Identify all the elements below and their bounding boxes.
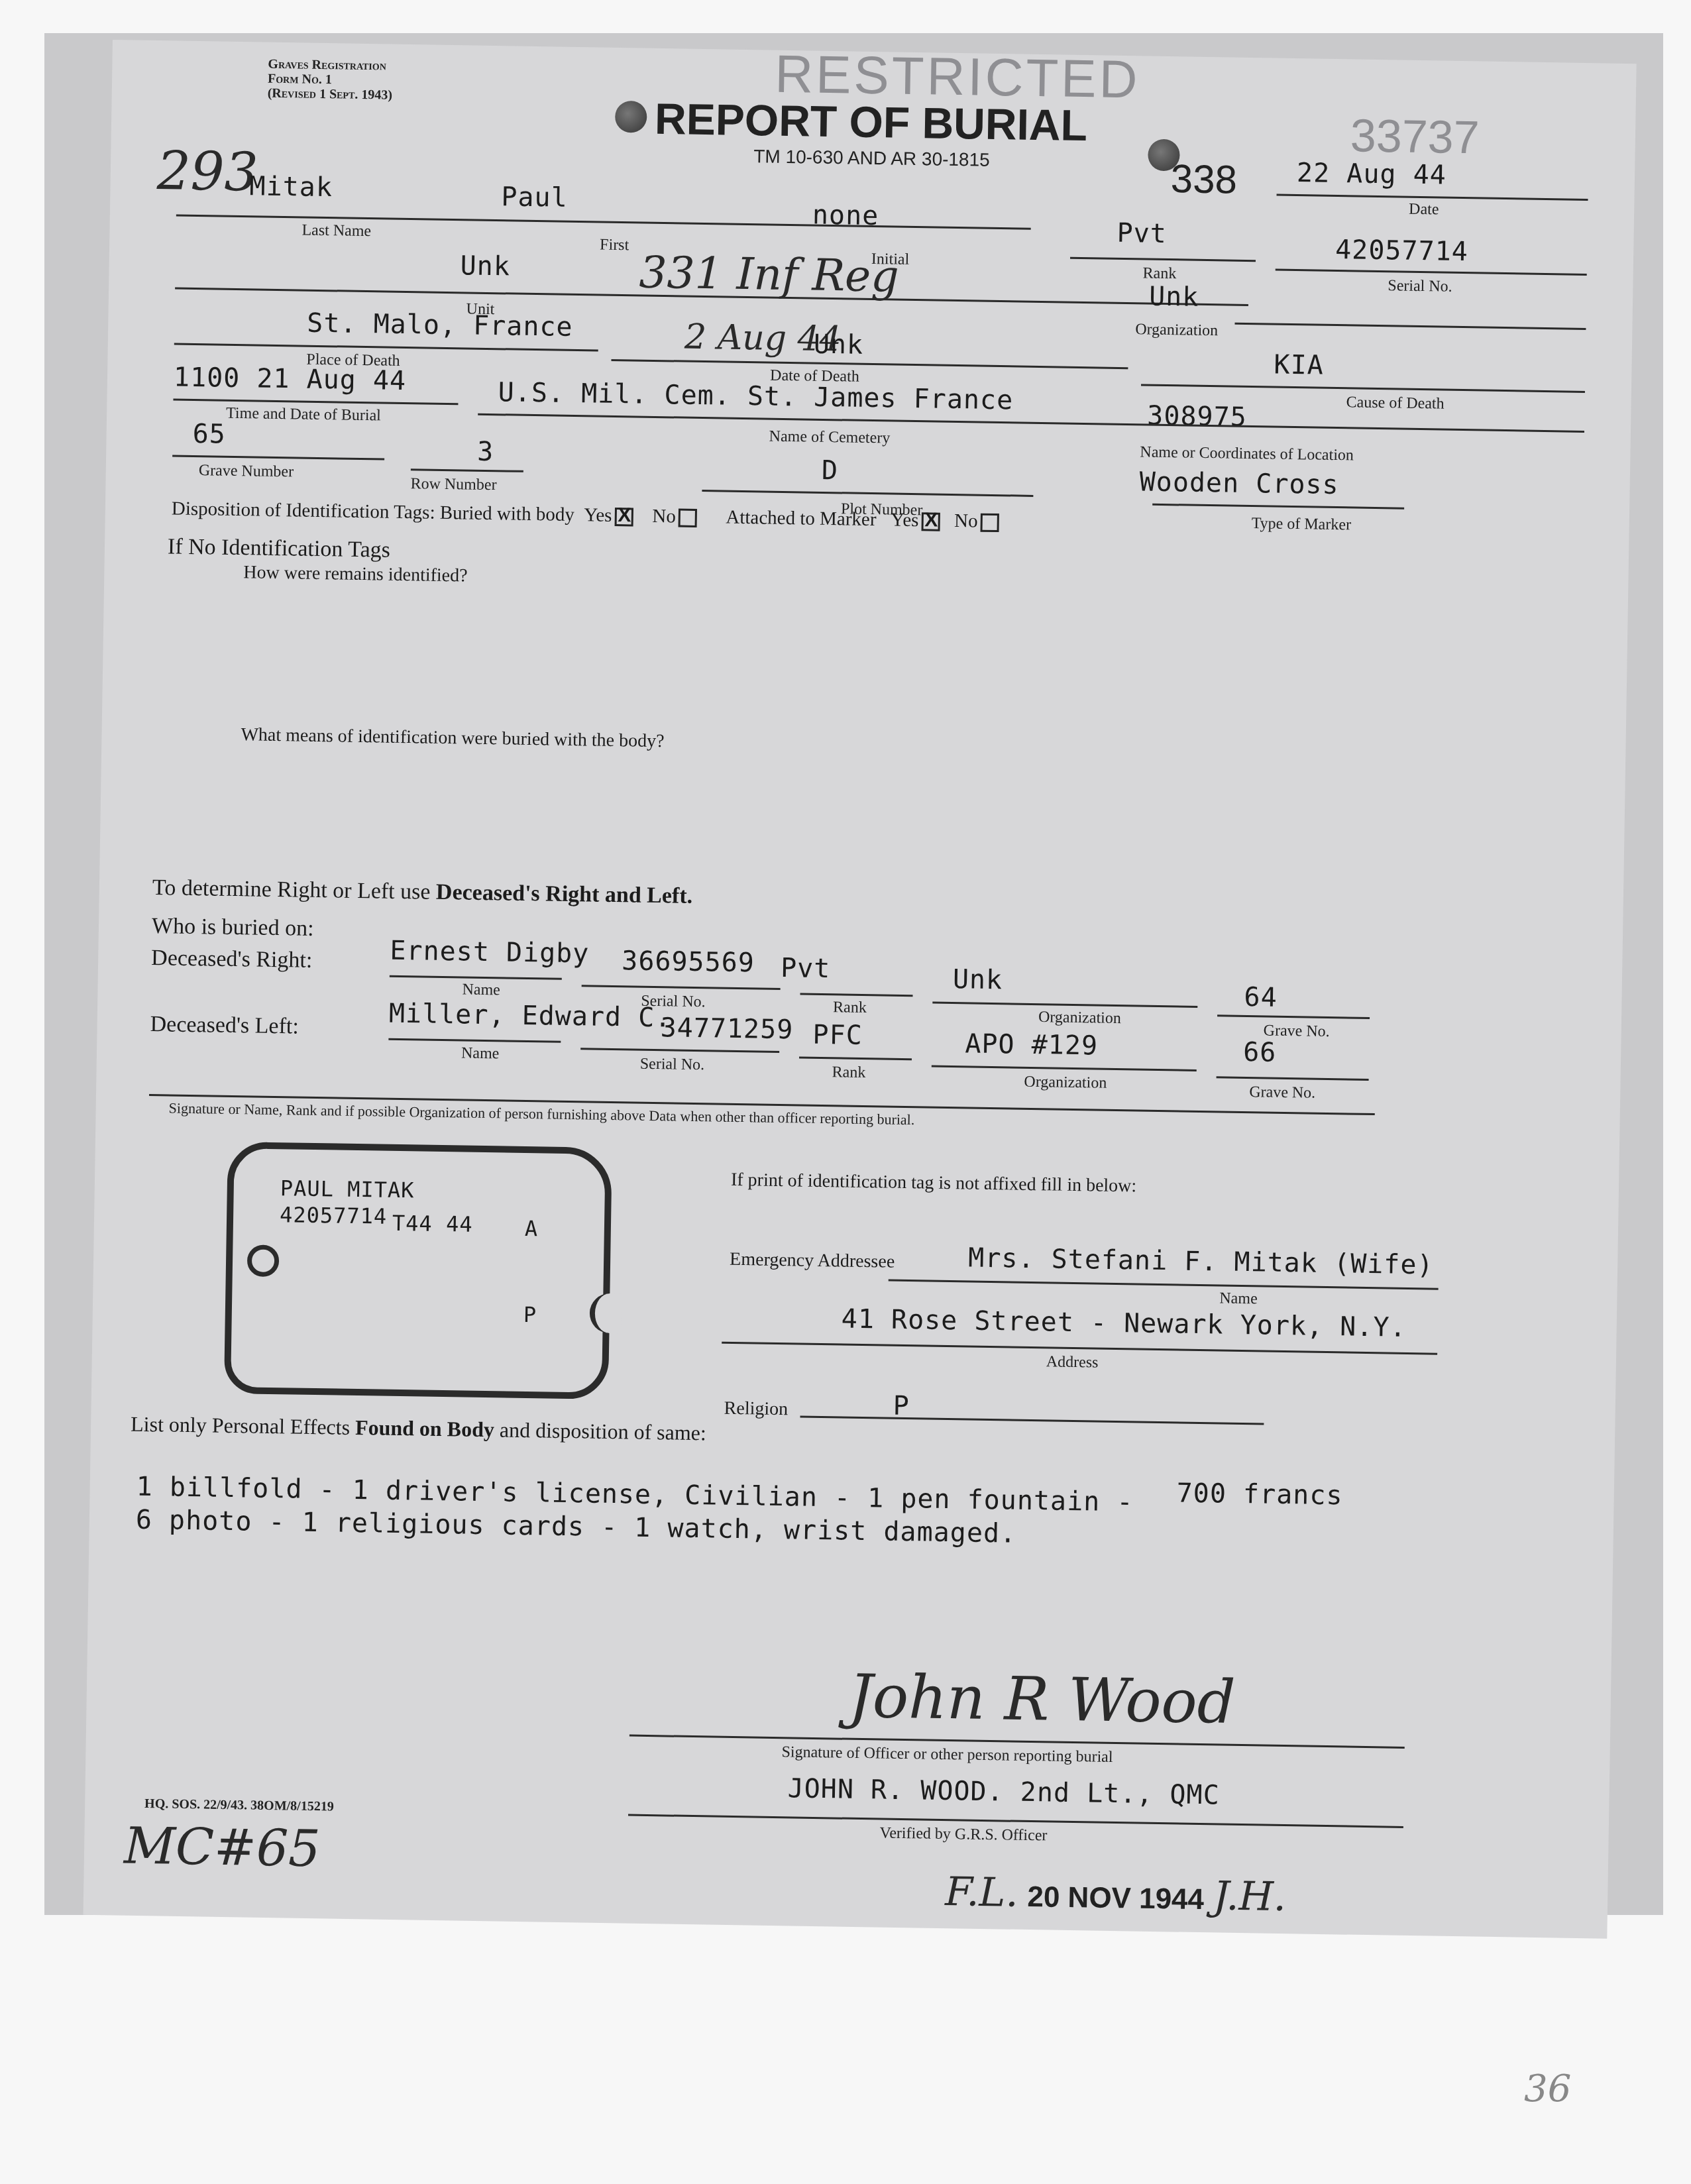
first-name-value: Paul: [501, 182, 568, 213]
dog-tag-religion: P: [523, 1302, 537, 1327]
effects-label-prefix: List only Personal Effects: [131, 1412, 350, 1439]
officer-signature: John R Wood: [848, 1662, 1236, 1737]
col-name-label: Name: [461, 1044, 500, 1063]
attached-no-label: No: [954, 510, 978, 532]
place-of-death-value: St. Malo, France: [307, 308, 573, 343]
stamp-number: 33737: [1350, 109, 1480, 164]
file-initials-right: J.H.: [1213, 1873, 1287, 1920]
organization-label: Organization: [1135, 321, 1218, 340]
location-value: 308975: [1147, 401, 1247, 433]
grave-number-value: 65: [192, 419, 226, 450]
effects-label-bold: Found on Body: [355, 1415, 494, 1441]
dog-tag-notch-icon: [589, 1293, 622, 1334]
right-neighbor-serial: 36695569: [622, 946, 755, 978]
right-neighbor-rank: Pvt: [781, 953, 831, 984]
burial-report-form: Graves Registration Form No. 1 (Revised …: [83, 40, 1637, 1939]
right-neighbor-grave: 64: [1244, 982, 1278, 1013]
who-is-buried-label: Who is buried on:: [152, 914, 314, 942]
attached-to-marker-label: Attached to Marker: [726, 507, 877, 531]
buried-no-label: No: [652, 506, 676, 527]
dog-tag-blood-type: A: [525, 1216, 539, 1241]
handwritten-number: 338: [1170, 156, 1237, 203]
religion-value: P: [893, 1391, 910, 1421]
left-neighbor-rank: PFC: [812, 1020, 863, 1051]
tag-disposition-label: Disposition of Identification Tags: Buri…: [172, 498, 574, 525]
effects-cash: 700 francs: [1176, 1478, 1343, 1511]
emergency-addressee-label: Emergency Addressee: [730, 1249, 895, 1273]
buried-yes-checkbox[interactable]: [614, 508, 633, 526]
right-neighbor-name: Ernest Digby: [390, 936, 590, 969]
location-label: Name or Coordinates of Location: [1140, 443, 1354, 464]
date-label: Date: [1409, 201, 1439, 219]
form-id: Graves Registration Form No. 1 (Revised …: [268, 57, 393, 103]
means-buried-question: What means of identification were buried…: [241, 724, 665, 752]
row-number-label: Row Number: [410, 475, 496, 494]
col-org-label: Organization: [1038, 1009, 1121, 1028]
grave-number-label: Grave Number: [199, 462, 294, 481]
address-label: Address: [1046, 1353, 1099, 1372]
punch-hole-left-icon: [615, 101, 647, 133]
row-number-value: 3: [477, 437, 494, 467]
dog-tag-imprint: PAUL MITAK 42057714 T44 44 A P: [224, 1142, 612, 1399]
dog-tag-hole-icon: [247, 1244, 280, 1277]
how-identified-question: How were remains identified?: [243, 562, 468, 586]
burial-time-date-label: Time and Date of Burial: [226, 405, 381, 425]
effects-label-suffix: and disposition of same:: [500, 1417, 706, 1445]
date-value: 22 Aug 44: [1297, 158, 1446, 191]
verified-label: Verified by G.R.S. Officer: [879, 1825, 1047, 1845]
deceased-left-label: Deceased's Left:: [150, 1012, 299, 1040]
officer-typed-name: JOHN R. WOOD. 2nd Lt., QMC: [787, 1773, 1220, 1810]
file-stamp: F.L. 20 NOV 1944 J.H.: [945, 1869, 1287, 1920]
if-no-tags-heading: If No Identification Tags: [168, 534, 391, 563]
left-neighbor-serial: 34771259: [660, 1012, 793, 1045]
attached-yes-label: Yes: [891, 510, 919, 531]
form-id-line: Form No. 1: [268, 72, 393, 88]
buried-yes-label: Yes: [584, 504, 612, 526]
attached-no-checkbox[interactable]: [980, 514, 999, 532]
unit-handwritten: 331 Inf Reg: [639, 247, 899, 302]
col-org-label: Organization: [1024, 1073, 1107, 1093]
serial-value: 42057714: [1335, 235, 1468, 267]
instruction-prefix: To determine Right or Left use: [152, 875, 431, 904]
date-of-death-value: Unk: [814, 329, 864, 360]
col-rank-label: Rank: [832, 1064, 865, 1082]
cause-of-death-label: Cause of Death: [1346, 394, 1444, 413]
page-number: 36: [1524, 2067, 1571, 2110]
file-initials-left: F.L.: [945, 1869, 1018, 1916]
right-neighbor-org: Unk: [953, 964, 1003, 995]
left-neighbor-org: APO #129: [965, 1028, 1098, 1061]
attached-yes-checkbox[interactable]: [921, 513, 940, 531]
rank-label: Rank: [1142, 264, 1176, 283]
tag-not-affixed-instruction: If print of identification tag is not af…: [731, 1170, 1137, 1197]
last-name-label: Last Name: [301, 222, 371, 241]
marker-type-label: Type of Marker: [1252, 515, 1352, 534]
marker-type-value: Wooden Cross: [1139, 466, 1339, 500]
deceased-right-label: Deceased's Right:: [151, 946, 313, 973]
instruction-bold: Deceased's Right and Left.: [436, 880, 693, 908]
col-name-label: Name: [462, 981, 500, 999]
form-id-line: Graves Registration: [268, 57, 393, 74]
signature-label: Signature of Officer or other person rep…: [781, 1743, 1113, 1767]
dog-tag-name: PAUL MITAK: [280, 1175, 415, 1203]
col-rank-label: Rank: [833, 999, 867, 1017]
cause-of-death-value: KIA: [1274, 350, 1324, 381]
left-neighbor-grave: 66: [1243, 1037, 1277, 1068]
cemetery-value: U.S. Mil. Cem. St. James France: [498, 377, 1013, 415]
dog-tag-tetanus: T44 44: [392, 1211, 473, 1237]
religion-label: Religion: [724, 1398, 788, 1421]
handwritten-reference: MC#65: [123, 1816, 321, 1879]
serial-label: Serial No.: [1388, 277, 1452, 296]
addressee-name-label: Name: [1219, 1289, 1258, 1308]
buried-no-checkbox[interactable]: [679, 509, 697, 527]
burial-time-date-value: 1100 21 Aug 44: [174, 362, 407, 397]
last-name-value: Mitak: [249, 171, 333, 203]
file-date-stamp: 20 NOV 1944: [1027, 1881, 1204, 1916]
print-code: HQ. SOS. 22/9/43. 38OM/8/15219: [144, 1796, 334, 1814]
left-neighbor-name: Miller, Edward C.: [389, 999, 672, 1034]
organization-value: Unk: [1149, 282, 1199, 313]
page-title: REPORT OF BURIAL: [655, 93, 1088, 150]
emergency-addressee-value: Mrs. Stefani F. Mitak (Wife): [968, 1243, 1434, 1281]
col-grave-label: Grave No.: [1249, 1083, 1315, 1103]
plot-number-value: D: [822, 455, 839, 486]
cemetery-label: Name of Cemetery: [769, 428, 890, 448]
handwritten-number: 293: [156, 140, 258, 203]
unit-value: Unk: [460, 250, 510, 282]
dog-tag-serial: 42057714: [280, 1202, 388, 1229]
effects-label: List only Personal Effects Found on Body…: [131, 1412, 706, 1446]
right-left-instruction: To determine Right or Left use Deceased'…: [152, 875, 693, 909]
form-subtitle: TM 10-630 AND AR 30-1815: [753, 146, 990, 171]
col-serial-label: Serial No.: [640, 1056, 705, 1075]
form-id-line: (Revised 1 Sept. 1943): [268, 86, 393, 103]
emergency-address-value: 41 Rose Street - Newark York, N.Y.: [841, 1304, 1406, 1343]
first-name-label: First: [600, 237, 629, 255]
rank-value: Pvt: [1117, 218, 1167, 249]
